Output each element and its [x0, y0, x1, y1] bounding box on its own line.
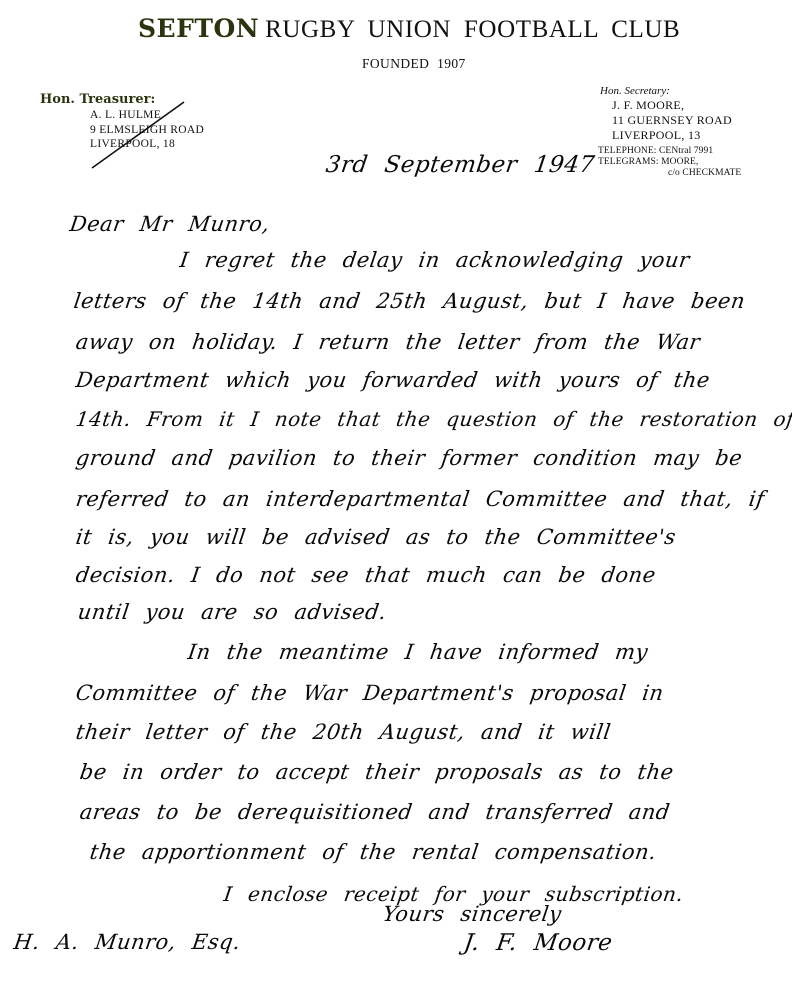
signature: J. F. Moore — [462, 930, 614, 956]
letter-line: decision. I do not see that much can be … — [74, 563, 657, 587]
treasurer-block: Hon. Treasurer: A. L. HULME 9 ELMSLEIGH … — [40, 92, 204, 152]
secretary-line: LIVERPOOL, 13 — [612, 128, 741, 143]
treasurer-line: A. L. HULME — [90, 108, 204, 123]
telegrams-sub: c/o CHECKMATE — [668, 168, 741, 179]
secretary-block: Hon. Secretary: J. F. MOORE, 11 GUERNSEY… — [600, 85, 741, 179]
letter-line: it is, you will be advised as to the Com… — [74, 525, 677, 549]
letter-line: until you are so advised. — [76, 600, 388, 624]
treasurer-address: A. L. HULME 9 ELMSLEIGH ROAD LIVERPOOL, … — [90, 108, 204, 152]
club-name-rest: RUGBY UNION FOOTBALL CLUB — [265, 16, 680, 43]
letter-line: away on holiday. I return the letter fro… — [74, 330, 702, 354]
letter-line: ground and pavilion to their former cond… — [74, 446, 744, 470]
addressee: H. A. Munro, Esq. — [12, 930, 242, 954]
club-name-bold: SEFTON — [138, 14, 259, 43]
telegrams: TELEGRAMS: MOORE, — [598, 157, 741, 168]
treasurer-line: LIVERPOOL, 18 — [90, 137, 204, 152]
letter-line: Department which you forwarded with your… — [74, 368, 711, 392]
founded-line: FOUNDED 1907 — [362, 56, 466, 72]
letter-line: In the meantime I have informed my — [186, 640, 649, 664]
treasurer-line: 9 ELMSLEIGH ROAD — [90, 123, 204, 138]
letter-line: Committee of the War Department's propos… — [74, 681, 665, 705]
letterhead-title: SEFTONRUGBY UNION FOOTBALL CLUB — [138, 14, 718, 44]
secretary-line: J. F. MOORE, — [612, 98, 741, 113]
contact-info: TELEPHONE: CENtral 7991 TELEGRAMS: MOORE… — [598, 146, 741, 179]
salutation: Dear Mr Munro, — [68, 212, 271, 236]
secretary-line: 11 GUERNSEY ROAD — [612, 113, 741, 128]
secretary-label: Hon. Secretary: — [600, 85, 741, 98]
treasurer-label: Hon. Treasurer: — [40, 92, 204, 107]
sign-off: Yours sincerely — [381, 902, 563, 926]
letter-line: 14th. From it I note that the question o… — [74, 407, 792, 431]
letter-line: areas to be derequisitioned and transfer… — [78, 800, 671, 824]
letter-line: their letter of the 20th August, and it … — [74, 720, 612, 744]
letter-line: letters of the 14th and 25th August, but… — [72, 289, 746, 313]
telephone: TELEPHONE: CENtral 7991 — [598, 146, 741, 157]
letter-date: 3rd September 1947 — [324, 152, 596, 178]
letter-line: be in order to accept their proposals as… — [78, 760, 675, 784]
secretary-address: J. F. MOORE, 11 GUERNSEY ROAD LIVERPOOL,… — [612, 98, 741, 143]
letter-line: the apportionment of the rental compensa… — [88, 840, 658, 864]
letter-line: I regret the delay in acknowledging your — [178, 248, 691, 272]
letter-line: referred to an interdepartmental Committ… — [74, 487, 766, 511]
